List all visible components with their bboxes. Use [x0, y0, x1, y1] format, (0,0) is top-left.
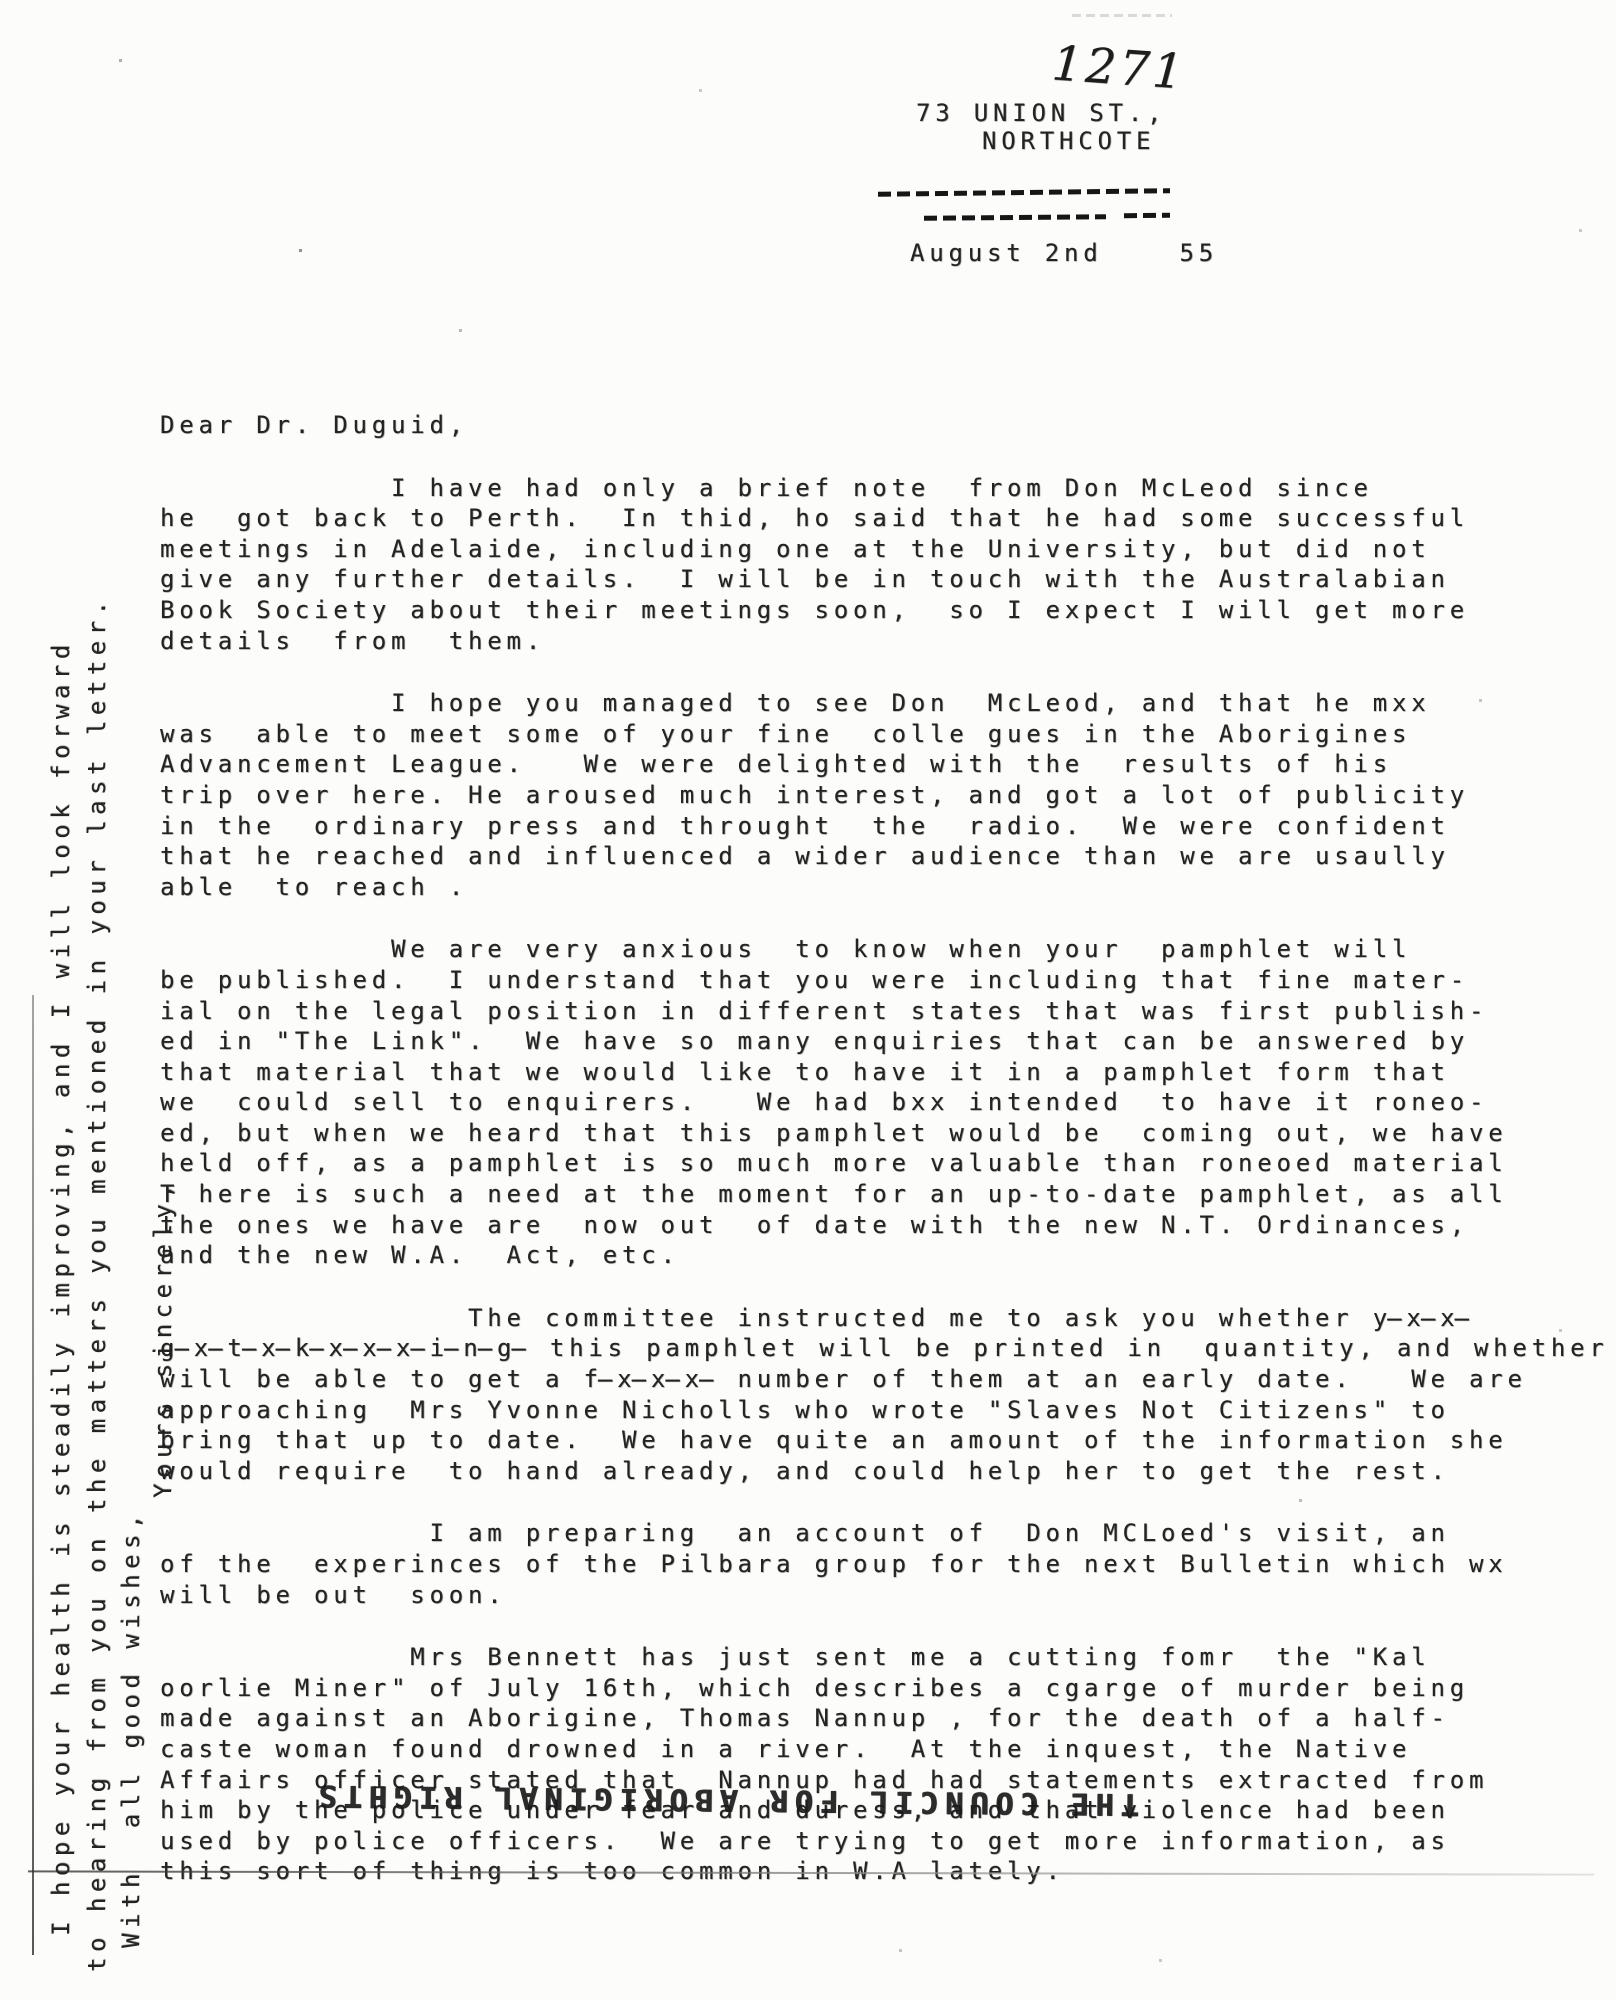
letter-paragraph: I am preparing an account of Don MCLoed'… — [160, 1518, 1560, 1610]
letter-line: held off, as a pamphlet is so much more … — [160, 1148, 1560, 1179]
letter-line: meetings in Adelaide, including one at t… — [160, 534, 1560, 565]
letter-page: 1271 73 UNION ST., NORTHCOTE August 2nd … — [0, 0, 1616, 2000]
letter-line: ed in "The Link". We have so many enquir… — [160, 1026, 1560, 1057]
letter-paragraph: I have had only a brief note from Don Mc… — [160, 473, 1560, 657]
letter-line: ed, but when we heard that this pamphlet… — [160, 1118, 1560, 1149]
address-line-1: 73 UNION ST., — [916, 98, 1166, 129]
letter-line: Advancement League. We were delighted wi… — [160, 749, 1560, 780]
letter-paragraph: The committee instructed me to ask you w… — [160, 1303, 1560, 1487]
letter-line: that he reached and influenced a wider a… — [160, 841, 1560, 872]
letter-line: details from them. — [160, 626, 1560, 657]
margin-note-signature: Yours sincerely, — [148, 1179, 178, 1498]
letter-line: we could sell to enquirers. We had bxx i… — [160, 1087, 1560, 1118]
letter-line: that material that we would like to have… — [160, 1057, 1560, 1088]
margin-note-line-2: to hearing from you on the matters you m… — [82, 596, 112, 1973]
margin-note-line-1: I hope your health is steadily improving… — [46, 639, 76, 1936]
dashed-rule-top — [878, 188, 1170, 197]
letter-line: ial on the legal position in different s… — [160, 996, 1560, 1027]
letter-line: Book Society about their meetings soon, … — [160, 595, 1560, 626]
letter-line: made against an Aborigine, Thomas Nannup… — [160, 1703, 1560, 1734]
letter-paragraph: Mrs Bennett has just sent me a cutting f… — [160, 1642, 1560, 1887]
dashed-rule-bottom — [924, 214, 1106, 221]
letter-line: used by police officers. We are trying t… — [160, 1826, 1560, 1857]
letter-line: I have had only a brief note from Don Mc… — [160, 473, 1560, 504]
salutation: Dear Dr. Duguid, — [160, 410, 1560, 441]
letter-line: Mrs Bennett has just sent me a cutting f… — [160, 1642, 1560, 1673]
dashed-rule-bottom-end — [1124, 213, 1170, 218]
letter-line: was able to meet some of your fine colle… — [160, 719, 1560, 750]
letter-line: will be out soon. — [160, 1580, 1560, 1611]
scan-edge-vertical-line — [32, 995, 34, 1955]
address-line-2: NORTHCOTE — [982, 126, 1155, 157]
letter-line: would require to hand already, and could… — [160, 1456, 1560, 1487]
letter-line: caste woman found drowned in a river. At… — [160, 1734, 1560, 1765]
letter-line: in the ordinary press and throught the r… — [160, 811, 1560, 842]
letter-line: he got back to Perth. In thid, ho said t… — [160, 503, 1560, 534]
scan-artifact-top — [1072, 14, 1172, 17]
letter-line: I am preparing an account of Don MCLoed'… — [160, 1518, 1560, 1549]
letter-line: The committee instructed me to ask you w… — [160, 1303, 1560, 1334]
letter-line: will be able to get a f̶x̶x̶x̶ number of… — [160, 1364, 1560, 1395]
letter-paragraph: I hope you managed to see Don McLeod, an… — [160, 688, 1560, 902]
letter-line: I hope you managed to see Don McLeod, an… — [160, 688, 1560, 719]
letter-line: and the new W.A. Act, etc. — [160, 1240, 1560, 1271]
scan-noise-specks — [0, 0, 1, 1]
letter-line: give any further details. I will be in t… — [160, 564, 1560, 595]
letter-line: be published. I understand that you were… — [160, 965, 1560, 996]
letter-line: oorlie Miner" of July 16th, which descri… — [160, 1673, 1560, 1704]
margin-note-closing-wishes: With all good wishes, — [116, 1509, 146, 1948]
letter-line: T here is such a need at the moment for … — [160, 1179, 1560, 1210]
letter-line: approaching Mrs Yvonne Nicholls who wrot… — [160, 1395, 1560, 1426]
letter-body: Dear Dr. Duguid, I have had only a brief… — [160, 410, 1560, 1887]
letter-line: the ones we have are now out of date wit… — [160, 1210, 1560, 1241]
letter-line: trip over here. He aroused much interest… — [160, 780, 1560, 811]
letter-line: We are very anxious to know when your pa… — [160, 934, 1560, 965]
letter-line: bring that up to date. We have quite an … — [160, 1425, 1560, 1456]
letter-line: g̶x̶t̶x̶k̶x̶x̶x̶i̶n̶g̶ this pamphlet wil… — [160, 1333, 1560, 1364]
handwritten-page-number: 1271 — [1050, 35, 1188, 100]
letter-line: able to reach . — [160, 872, 1560, 903]
date-line: August 2nd 55 — [910, 238, 1218, 269]
letter-line: of the experinces of the Pilbara group f… — [160, 1549, 1560, 1580]
letter-paragraph: We are very anxious to know when your pa… — [160, 934, 1560, 1271]
